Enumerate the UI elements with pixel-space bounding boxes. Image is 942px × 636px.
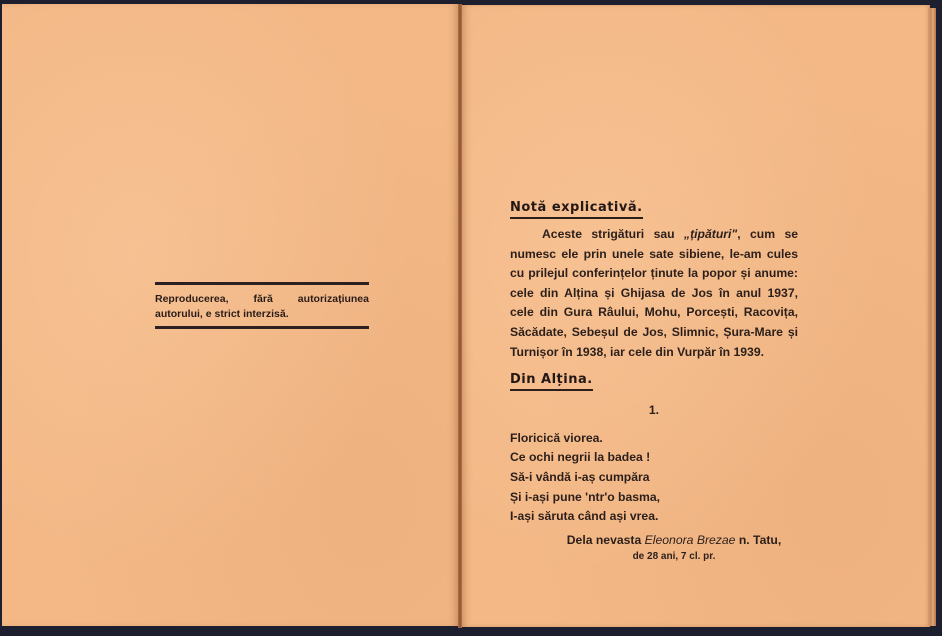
notice-top-rule [155,282,369,285]
poem-line: Ce ochi negrii la badea ! [510,448,798,468]
copyright-notice: Reproducerea, fără autorizațiunea autoru… [155,282,369,329]
note-heading: Notă explicativă. [510,199,643,219]
signature-details: de 28 ani, 7 cl. pr. [510,550,798,564]
notice-text: Reproducerea, fără autorizațiunea autoru… [155,292,369,322]
poem-line: I-ași săruta când ași vrea. [510,507,798,527]
poem-line: Să-i vândă i-aș cumpăra [510,468,798,488]
note-paragraph: Aceste strigături sau „țipături", cum se… [510,225,798,362]
notice-bottom-rule [155,326,369,329]
poem-number: 1. [510,401,798,421]
note-paragraph-end: , cum se numesc ele prin unele sate sibi… [510,227,798,359]
poem: Floricică vioreа. Ce ochi negrii la bade… [510,429,798,527]
page-edges [928,8,936,626]
poem-line: Și i-ași pune 'ntr'o basma, [510,488,798,508]
poem-line: Floricică vioreа. [510,429,798,449]
signature-prefix: Dela nevasta [567,533,645,547]
section-heading: Din Alțina. [510,371,593,391]
left-page: Reproducerea, fără autorizațiunea autoru… [2,4,458,626]
note-paragraph-italic: „țipături" [684,227,737,241]
signature-name: Eleonora Brezae [645,533,736,547]
right-page-content: Notă explicativă. Aceste strigături sau … [510,198,798,564]
note-paragraph-start: Aceste strigături sau [542,227,684,241]
poem-signature: Dela nevasta Eleonora Brezae n. Tatu, [510,531,798,551]
signature-suffix: n. Tatu, [735,533,781,547]
